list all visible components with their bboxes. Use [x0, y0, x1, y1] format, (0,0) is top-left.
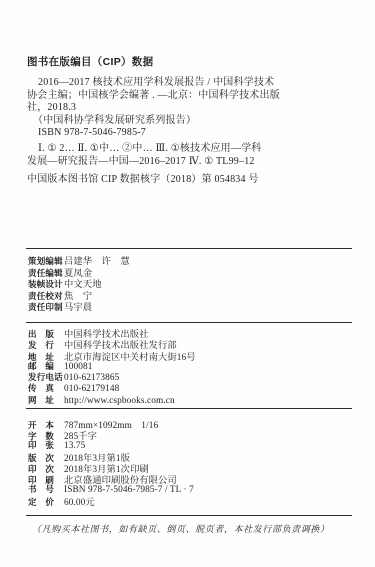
- staff-row: 责任校对 焦 宁: [28, 288, 352, 300]
- printing-label: 印 张: [28, 439, 64, 451]
- printing-row: 定 价 60.00元: [28, 494, 352, 505]
- printing-row: 印 刷 北京盛通印刷股份有限公司: [28, 472, 352, 483]
- staff-value: 马宇晨: [64, 299, 92, 313]
- cip-classification-line: 发展—研究报告—中国—2016–2017 Ⅳ. ① TL99–12: [27, 156, 353, 168]
- printing-value: 60.00元: [64, 494, 95, 508]
- staff-row: 策划编辑 吕建华 许 慧: [28, 253, 352, 265]
- staff-row: 责任编辑 夏凤金: [28, 265, 352, 277]
- printing-row: 印 次 2018年3月第1次印刷: [28, 461, 352, 472]
- staff-block: 策划编辑 吕建华 许 慧 责任编辑 夏凤金 装帧设计 中文天地 责任校对 焦 宁…: [28, 253, 352, 311]
- cip-series-note: （中国科协学科发展研究系列报告）: [27, 115, 353, 127]
- staff-label: 责任编辑: [28, 267, 64, 279]
- publishing-value: 100081: [64, 362, 93, 372]
- publishing-label: 网 址: [28, 394, 64, 406]
- printing-row: 印 张 13.75: [28, 439, 352, 450]
- staff-label: 责任校对: [28, 290, 64, 302]
- printing-row: 开 本 787mm×1092mm 1/16: [28, 417, 352, 428]
- publishing-block: 出 版 中国科学技术出版社 发 行 中国科学技术出版社发行部 地 址 北京市海淀…: [28, 326, 352, 405]
- divider-rule-2: [26, 322, 352, 323]
- publishing-label: 邮 编: [28, 360, 64, 372]
- printing-label: 定 价: [28, 496, 64, 508]
- publishing-label: 发 行: [28, 339, 64, 351]
- printing-label: 书 号: [28, 483, 64, 495]
- cip-heading: 图书在版编目（CIP）数据: [27, 56, 353, 68]
- exchange-notice: （凡购买本社图书，如有缺页、倒页、脱页者，本社发行部负责调换）: [32, 522, 352, 535]
- printing-value: 北京盛通印刷股份有限公司: [64, 472, 177, 486]
- publishing-row: 出 版 中国科学技术出版社: [28, 326, 352, 337]
- printing-row: 字 数 285千字: [28, 428, 352, 439]
- copyright-page: 图书在版编目（CIP）数据 2016—2017 核技术应用学科发展报告 / 中国…: [0, 0, 375, 567]
- cip-classification-line: Ⅰ. ① 2… Ⅱ. ①中… ②中… Ⅲ. ①核技术应用—学科: [27, 143, 353, 155]
- staff-label: 责任印制: [28, 301, 64, 313]
- publishing-row: 发 行 中国科学技术出版社发行部: [28, 337, 352, 348]
- cip-isbn: ISBN 978-7-5046-7985-7: [27, 127, 353, 139]
- staff-row: 责任印制 马宇晨: [28, 299, 352, 311]
- publishing-value: 010-62179148: [64, 384, 119, 394]
- divider-rule-3: [26, 408, 352, 409]
- divider-rule-1: [26, 248, 352, 249]
- publishing-label: 传 真: [28, 382, 64, 394]
- publishing-value: http://www.cspbooks.com.cn: [64, 396, 175, 406]
- staff-label: 策划编辑: [28, 255, 64, 267]
- publishing-value: 010-62173865: [64, 373, 119, 383]
- printing-value: 285千字: [64, 428, 97, 442]
- divider-rule-4: [26, 515, 352, 516]
- cip-block: 图书在版编目（CIP）数据 2016—2017 核技术应用学科发展报告 / 中国…: [27, 56, 353, 187]
- staff-label: 装帧设计: [28, 278, 64, 290]
- staff-row: 装帧设计 中文天地: [28, 276, 352, 288]
- printing-block: 开 本 787mm×1092mm 1/16 字 数 285千字 印 张 13.7…: [28, 417, 352, 505]
- publishing-value: 北京市海淀区中关村南大街16号: [64, 349, 196, 363]
- publishing-row: 传 真 010-62179148: [28, 382, 352, 393]
- cip-record-number: 中国版本图书馆 CIP 数据核字（2018）第 054834 号: [27, 174, 353, 186]
- publishing-row: 网 址 http://www.cspbooks.com.cn: [28, 394, 352, 405]
- printing-row: 书 号 ISBN 978-7-5046-7985-7 / TL · 7: [28, 483, 352, 494]
- cip-description-line: 2016—2017 核技术应用学科发展报告 / 中国科学技术: [27, 77, 353, 89]
- publishing-label: 发行电话: [28, 371, 64, 383]
- publishing-row: 发行电话 010-62173865: [28, 371, 352, 382]
- publishing-row: 地 址 北京市海淀区中关村南大街16号: [28, 349, 352, 360]
- cip-description-line: 协会主编；中国核学会编著 . —北京：中国科学技术出版: [27, 90, 353, 102]
- printing-row: 版 次 2018年3月第1版: [28, 450, 352, 461]
- cip-description-line: 社，2018.3: [27, 102, 353, 114]
- publishing-label: 出 版: [28, 328, 64, 340]
